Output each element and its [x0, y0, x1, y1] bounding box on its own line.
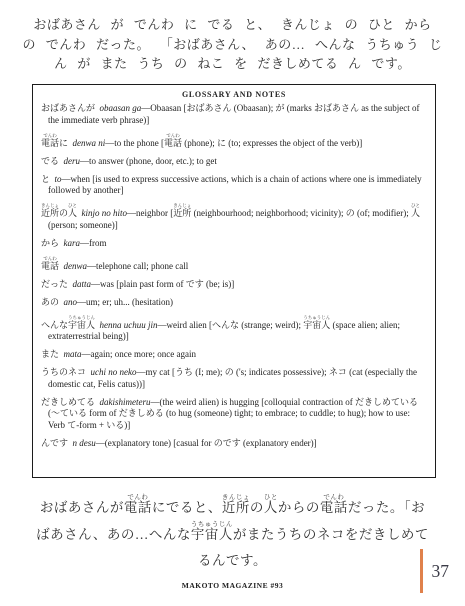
glossary-entry: あの ano—um; er; uh... (hesitation) — [41, 297, 427, 309]
glossary-entry: だった datta—was [plain past form of です (be… — [41, 279, 427, 291]
glossary-title: GLOSSARY AND NOTES — [41, 90, 427, 99]
glossary-entry: だきしめてる dakishimeteru—(the weird alien) i… — [41, 397, 427, 432]
entry-romaji: denwa ni — [73, 138, 106, 148]
page-number: 37 — [432, 561, 450, 582]
entry-romaji: n desu — [73, 438, 96, 448]
accent-rule — [420, 549, 423, 593]
kana-line: ん が また うち の ねこ を だきしめてる ん です。 — [22, 54, 443, 74]
kana-line: の でんわ だった。 「おばあさん、 あの… へんな うちゅう じ — [22, 35, 443, 55]
glossary-entry: と to—when [is used to express successive… — [41, 174, 427, 197]
entry-romaji: kara — [64, 238, 81, 248]
entry-romaji: to — [55, 174, 62, 184]
glossary-entry: 電話でんわに denwa ni—to the phone [電話でんわ (pho… — [41, 133, 427, 150]
kana-line: おばあさん が でんわ に でる と、 きんじょ の ひと から — [22, 15, 443, 35]
magazine-page: おばあさん が でんわ に でる と、 きんじょ の ひと からの でんわ だっ… — [0, 0, 465, 606]
entry-romaji: mata — [64, 349, 82, 359]
kanji-paragraph: おばあさんが電話でんわにでると、近所きんじょの人ひとからの電話でんわだった。「お… — [28, 494, 437, 574]
glossary-entry: 近所きんじょの人ひと kinjo no hito—neighbor [近所きんじ… — [41, 203, 427, 231]
kanji-line: るんです。 — [28, 548, 437, 574]
entry-romaji: deru — [64, 156, 81, 166]
page-number-block: 37 — [420, 549, 449, 593]
entry-romaji: uchi no neko — [91, 367, 137, 377]
entry-romaji: obaasan ga — [100, 103, 142, 113]
glossary-entry: んです n desu—(explanatory tone) [casual fo… — [41, 438, 427, 450]
entry-romaji: dakishimeteru — [100, 397, 151, 407]
glossary-entries: おばあさんが obaasan ga—Obaasan [おばあさん (Obaasa… — [41, 103, 427, 449]
kana-paragraph: おばあさん が でんわ に でる と、 きんじょ の ひと からの でんわ だっ… — [0, 0, 465, 74]
magazine-footer: MAKOTO MAGAZINE #93 — [0, 581, 465, 590]
kanji-line: ばあさん、あの…へんな宇宙人うちゅうじんがまたうちのネコをだきしめて — [28, 521, 437, 548]
glossary-entry: うちのネコ uchi no neko—my cat [うち (I; me); の… — [41, 367, 427, 390]
glossary-entry: でる deru—to answer (phone, door, etc.); t… — [41, 156, 427, 168]
entry-romaji: ano — [64, 297, 78, 307]
glossary-entry: おばあさんが obaasan ga—Obaasan [おばあさん (Obaasa… — [41, 103, 427, 126]
entry-romaji: denwa — [64, 261, 88, 271]
kanji-line: おばあさんが電話でんわにでると、近所きんじょの人ひとからの電話でんわだった。「お — [28, 494, 437, 521]
glossary-entry: から kara—from — [41, 238, 427, 250]
entry-romaji: henna uchuu jin — [100, 320, 158, 330]
entry-romaji: datta — [73, 279, 92, 289]
glossary-entry: へんな宇宙人うちゅうじん henna uchuu jin—weird alien… — [41, 315, 427, 343]
entry-romaji: kinjo no hito — [82, 208, 128, 218]
glossary-entry: 電話でんわ denwa—telephone call; phone call — [41, 256, 427, 273]
glossary-entry: また mata—again; once more; once again — [41, 349, 427, 361]
glossary-box: GLOSSARY AND NOTES おばあさんが obaasan ga—Oba… — [32, 84, 436, 478]
